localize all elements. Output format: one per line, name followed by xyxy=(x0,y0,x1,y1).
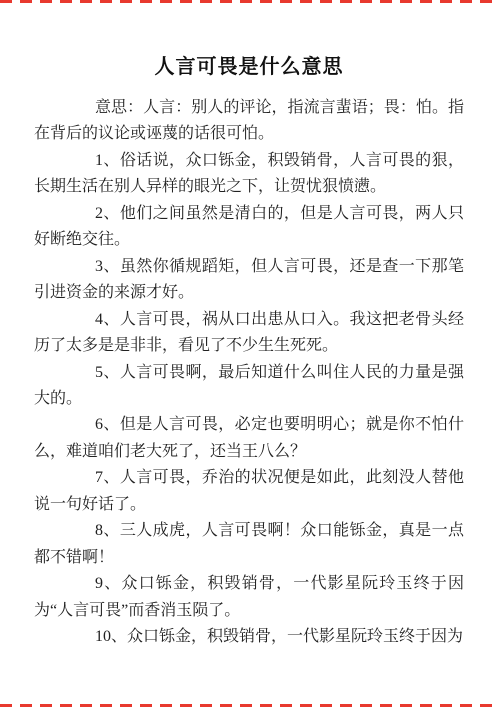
example-item-10: 10、众口铄金，积毁销骨，一代影星阮玲玉终于因为 xyxy=(34,624,464,650)
example-item-5: 5、人言可畏啊，最后知道什么叫住人民的力量是强大的。 xyxy=(34,360,464,413)
example-item-7: 7、人言可畏，乔治的状况便是如此，此刻没人替他说一句好话了。 xyxy=(34,465,464,518)
example-item-3: 3、虽然你循规蹈矩，但人言可畏，还是查一下那笔引进资金的来源才好。 xyxy=(34,254,464,307)
example-item-4: 4、人言可畏，祸从口出患从口入。我这把老骨头经历了太多是是非非，看见了不少生生死… xyxy=(34,307,464,360)
definition-paragraph: 意思：人言：别人的评论，指流言蜚语；畏：怕。指在背后的议论或诬蔑的话很可怕。 xyxy=(34,95,464,148)
example-item-2: 2、他们之间虽然是清白的，但是人言可畏，两人只好断绝交往。 xyxy=(34,201,464,254)
example-item-1: 1、俗话说，众口铄金，积毁销骨，人言可畏的狠，长期生活在别人异样的眼光之下，让贺… xyxy=(34,148,464,201)
page-title: 人言可畏是什么意思 xyxy=(34,52,464,82)
document-page: 人言可畏是什么意思 意思：人言：别人的评论，指流言蜚语；畏：怕。指在背后的议论或… xyxy=(0,0,500,707)
document-content: 人言可畏是什么意思 意思：人言：别人的评论，指流言蜚语；畏：怕。指在背后的议论或… xyxy=(0,0,500,651)
example-item-9: 9、众口铄金，积毁销骨，一代影星阮玲玉终于因为“人言可畏”而香消玉陨了。 xyxy=(34,571,464,624)
example-item-8: 8、三人成虎，人言可畏啊！众口能铄金，真是一点都不错啊！ xyxy=(34,518,464,571)
example-item-6: 6、但是人言可畏，必定也要明明心；就是你不怕什么，难道咱们老大死了，还当王八么？ xyxy=(34,412,464,465)
page-cut-mark-top xyxy=(0,0,500,3)
